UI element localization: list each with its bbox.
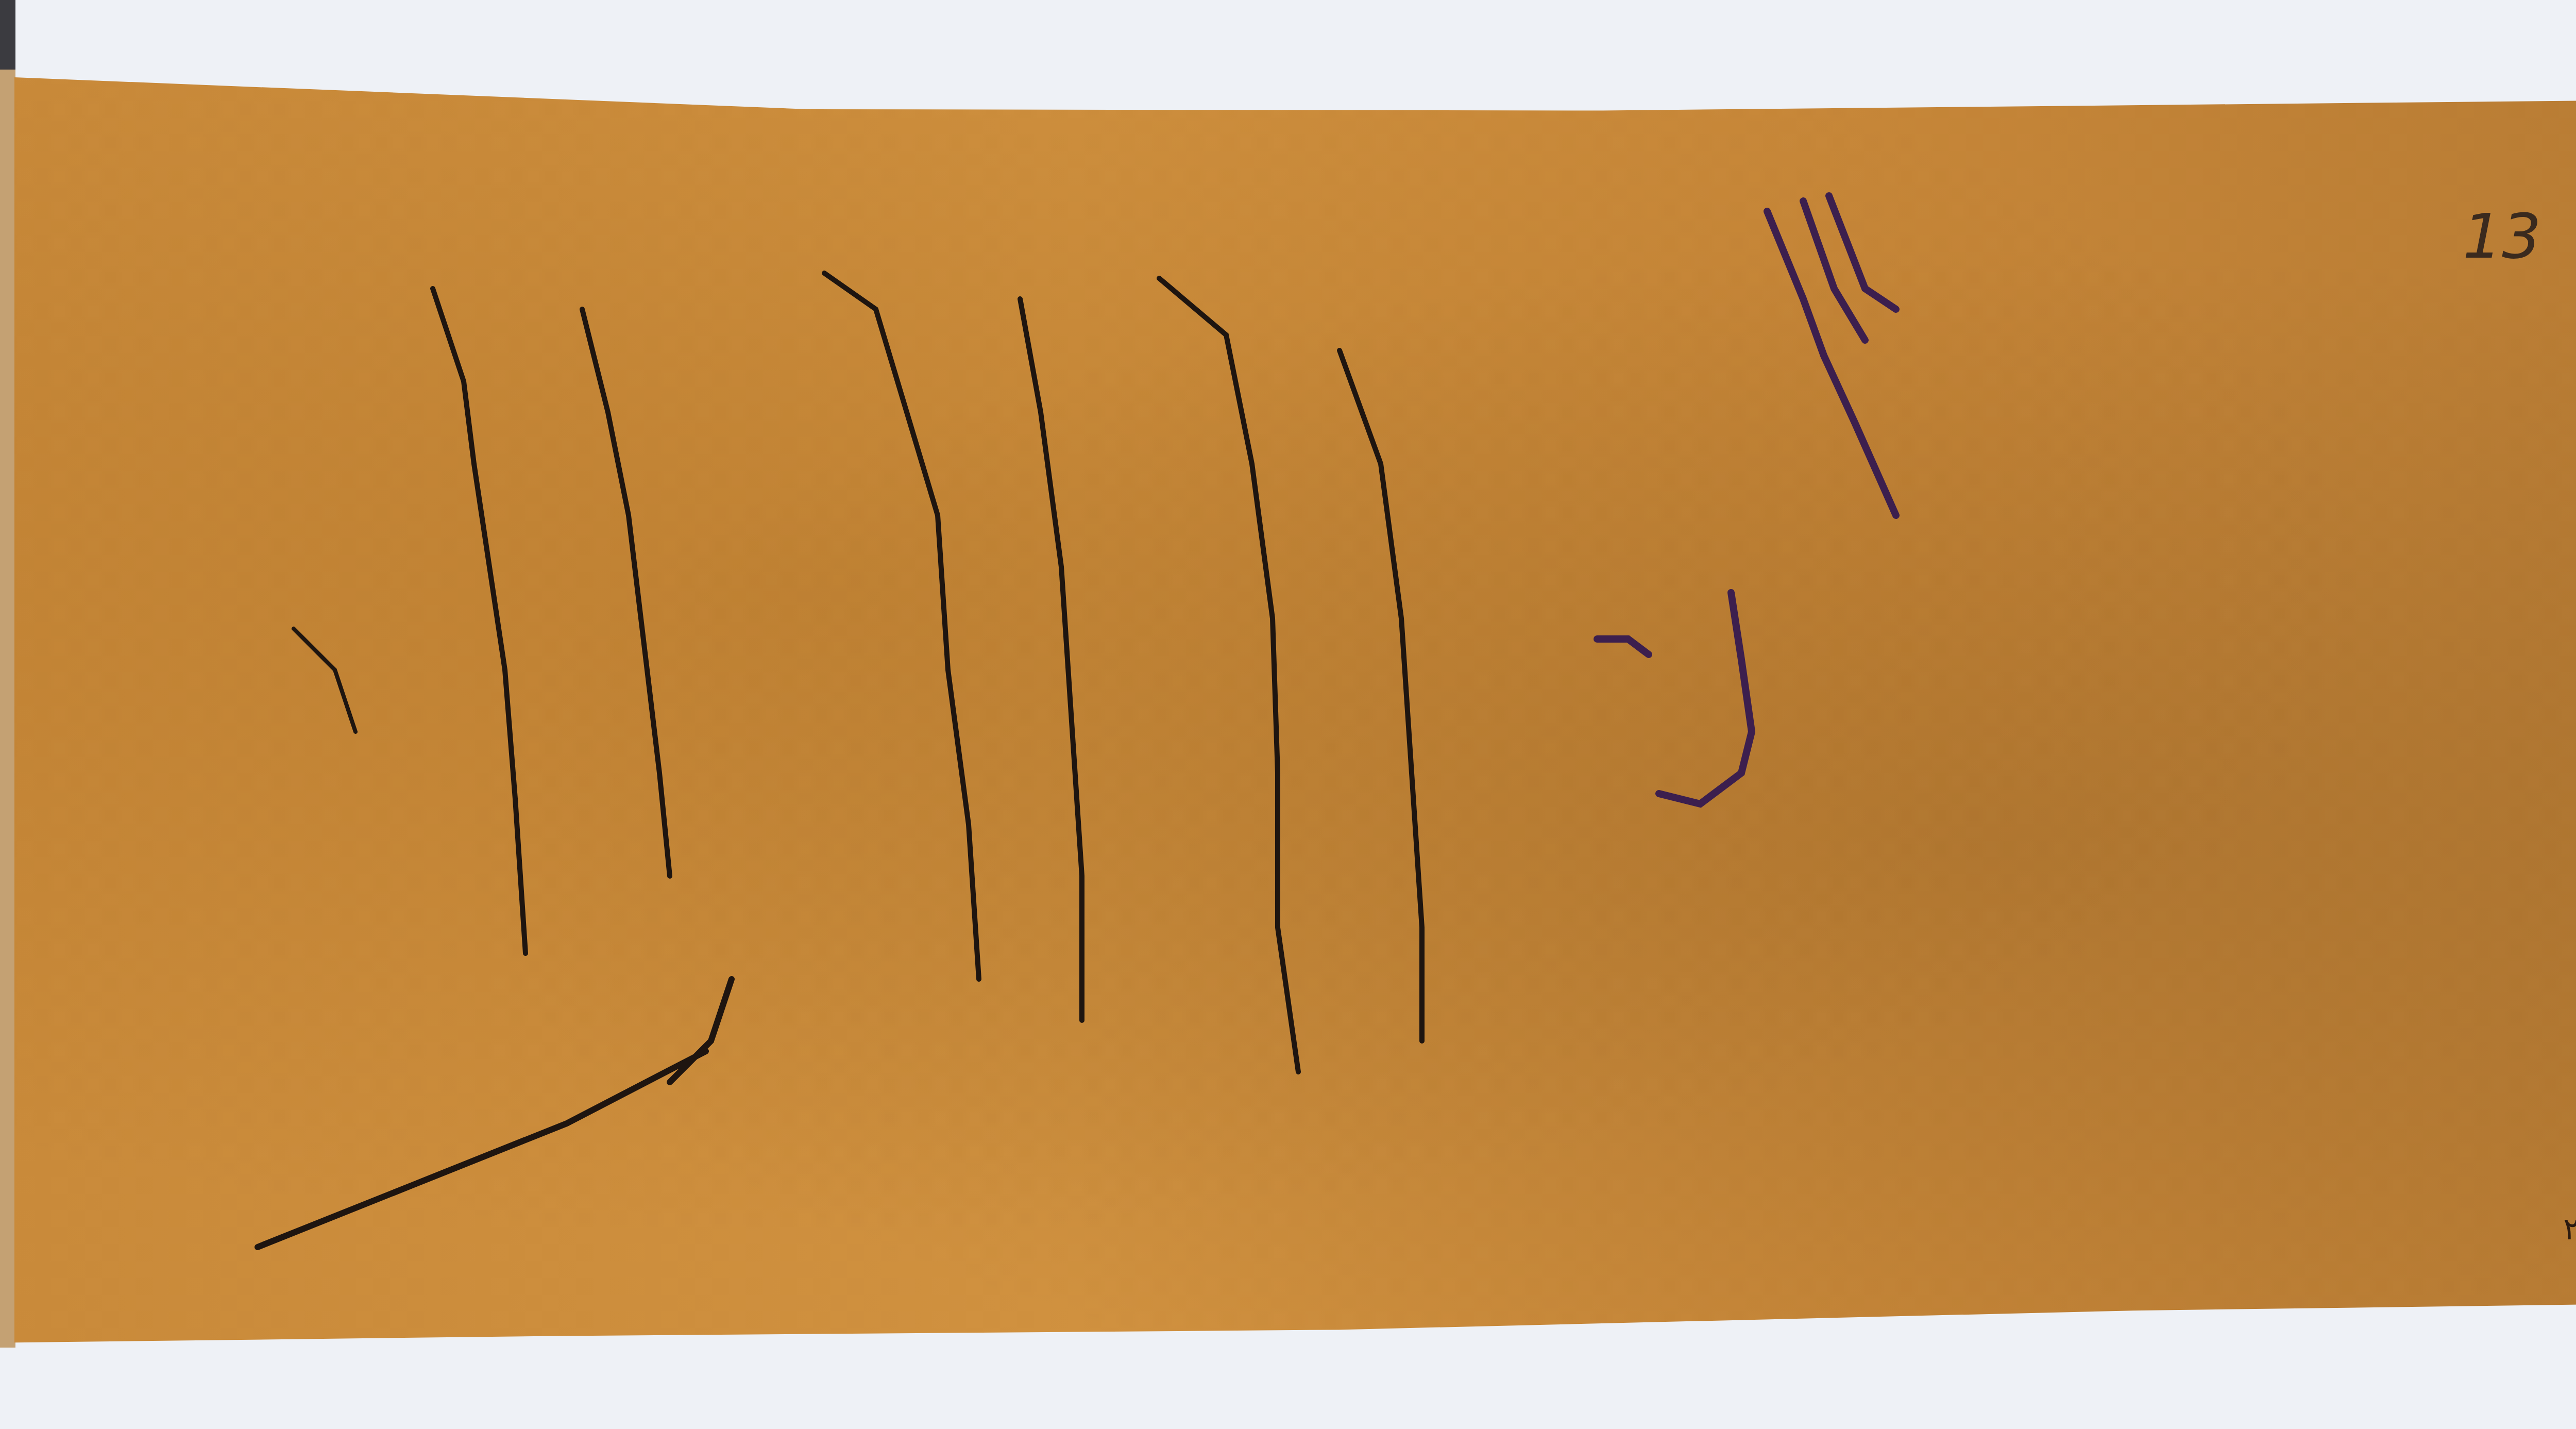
corner-mark: ٢٧ [2563, 1211, 2576, 1247]
calligraphy-strokes [0, 0, 2576, 1429]
folio-number: 13 [2463, 201, 2541, 273]
